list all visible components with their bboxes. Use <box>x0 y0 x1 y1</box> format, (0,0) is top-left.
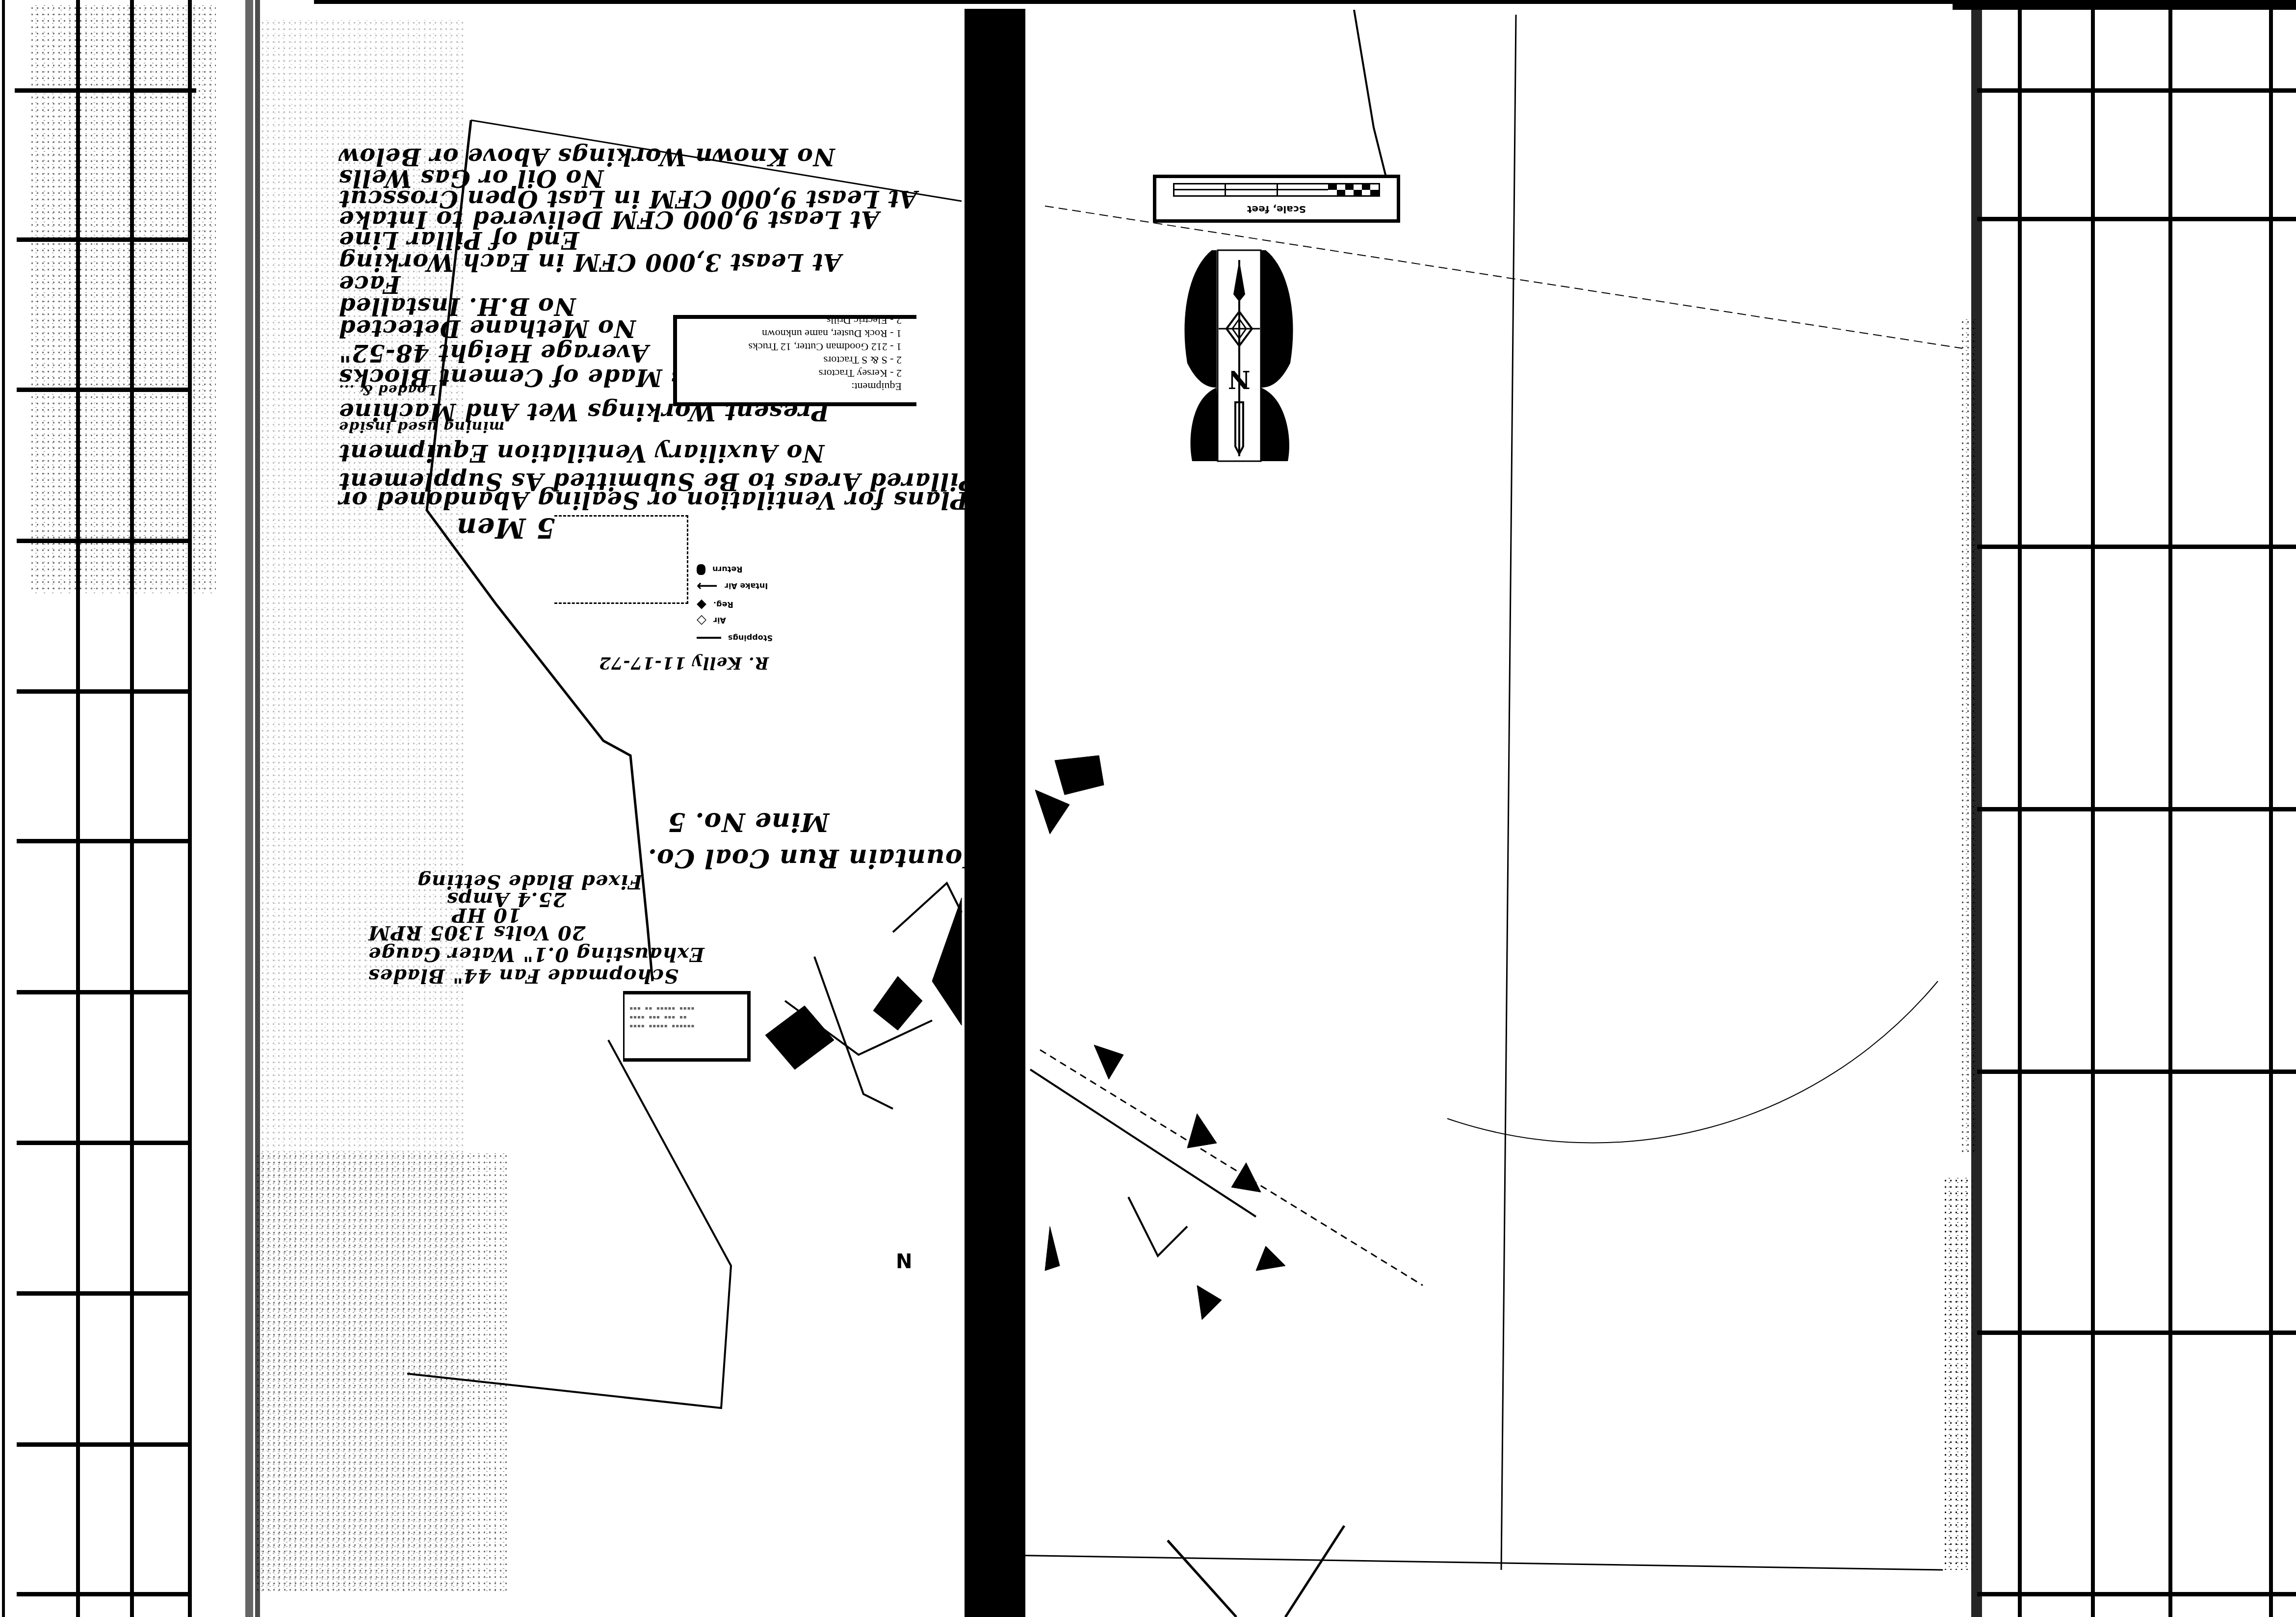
fan-line: Fixed Blade Setting <box>417 866 643 897</box>
equipment-item: 2 - Electric Drills <box>692 314 902 327</box>
company-name: Mountain Run Coal Co. <box>648 843 991 873</box>
men-count-label: 5 Men <box>456 513 555 543</box>
equipment-item: 2 - S & S Tractors <box>692 354 902 367</box>
scan-noise <box>1943 1177 1972 1570</box>
north-mark: N <box>896 1249 912 1271</box>
filled-diamond-icon: ◆ <box>697 598 706 612</box>
scan-noise <box>1960 319 1977 1153</box>
open-diamond-icon: ◇ <box>697 613 706 628</box>
legend-item: Intake Air ⟶ <box>697 577 768 595</box>
legend-item: Stoppings <box>697 633 773 643</box>
stamp-box: ▪▪▪ ▪▪ ▪▪▪▪▪ ▪▪▪▪▪▪▪▪ ▪▪▪ ▪▪▪ ▪▪▪▪▪▪ ▪▪▪… <box>623 991 751 1062</box>
stamp-text: ▪▪▪ ▪▪ ▪▪▪▪▪ ▪▪▪▪▪▪▪▪ ▪▪▪ ▪▪▪ ▪▪▪▪▪▪ ▪▪▪… <box>625 994 747 1041</box>
equipment-item: 2 - Kersey Tractors <box>692 367 902 380</box>
legend-item: Reg. ◆ <box>697 598 733 612</box>
return-blob-icon <box>697 564 705 575</box>
air-arrow-icon: ⟶ <box>697 577 718 595</box>
mine-name: Mine No. 5 <box>667 807 829 837</box>
scale-label: Scale, feet <box>1156 204 1397 215</box>
ventilation-notes: Plans for Ventilation or Sealing Abandon… <box>339 177 677 515</box>
map-legend: Stoppings Air ◇ Reg. ◆ Intake Air ⟶ Retu… <box>697 559 824 648</box>
legend-frame <box>554 515 688 604</box>
fan-specifications: Schopmade Fan 44" Blades Exhausting 0.1"… <box>368 883 643 991</box>
map-title: Mountain Run Coal Co. Mine No. 5 <box>648 805 854 873</box>
note-line: Pillared Areas to Be Submitted As Supple… <box>339 466 977 496</box>
scale-checker <box>1329 184 1379 195</box>
surveyor-signature: R. Kelly 11-17-72 <box>599 648 769 678</box>
scale-bar: Scale, feet <box>1153 175 1400 223</box>
legend-item: Air ◇ <box>697 613 726 628</box>
scale-graduations <box>1173 183 1380 197</box>
note-line: No Known Workings Above or Below <box>339 141 835 172</box>
equipment-box: Equipment: 2 - Kersey Tractors 2 - S & S… <box>673 315 916 406</box>
legend-item: Return <box>697 564 743 575</box>
stopping-line-icon <box>697 637 721 639</box>
note-line: No Auxiliary Ventilation Equipment <box>339 438 824 468</box>
compass-north-letter: N <box>1228 365 1251 394</box>
equipment-heading: Equipment: <box>692 380 902 393</box>
equipment-item: 1 - Rock Duster, name unknown <box>692 327 902 340</box>
equipment-item: 1 - 212 Goodman Cutter, 12 Trucks <box>692 340 902 354</box>
north-arrow-compass: N <box>1177 240 1300 466</box>
